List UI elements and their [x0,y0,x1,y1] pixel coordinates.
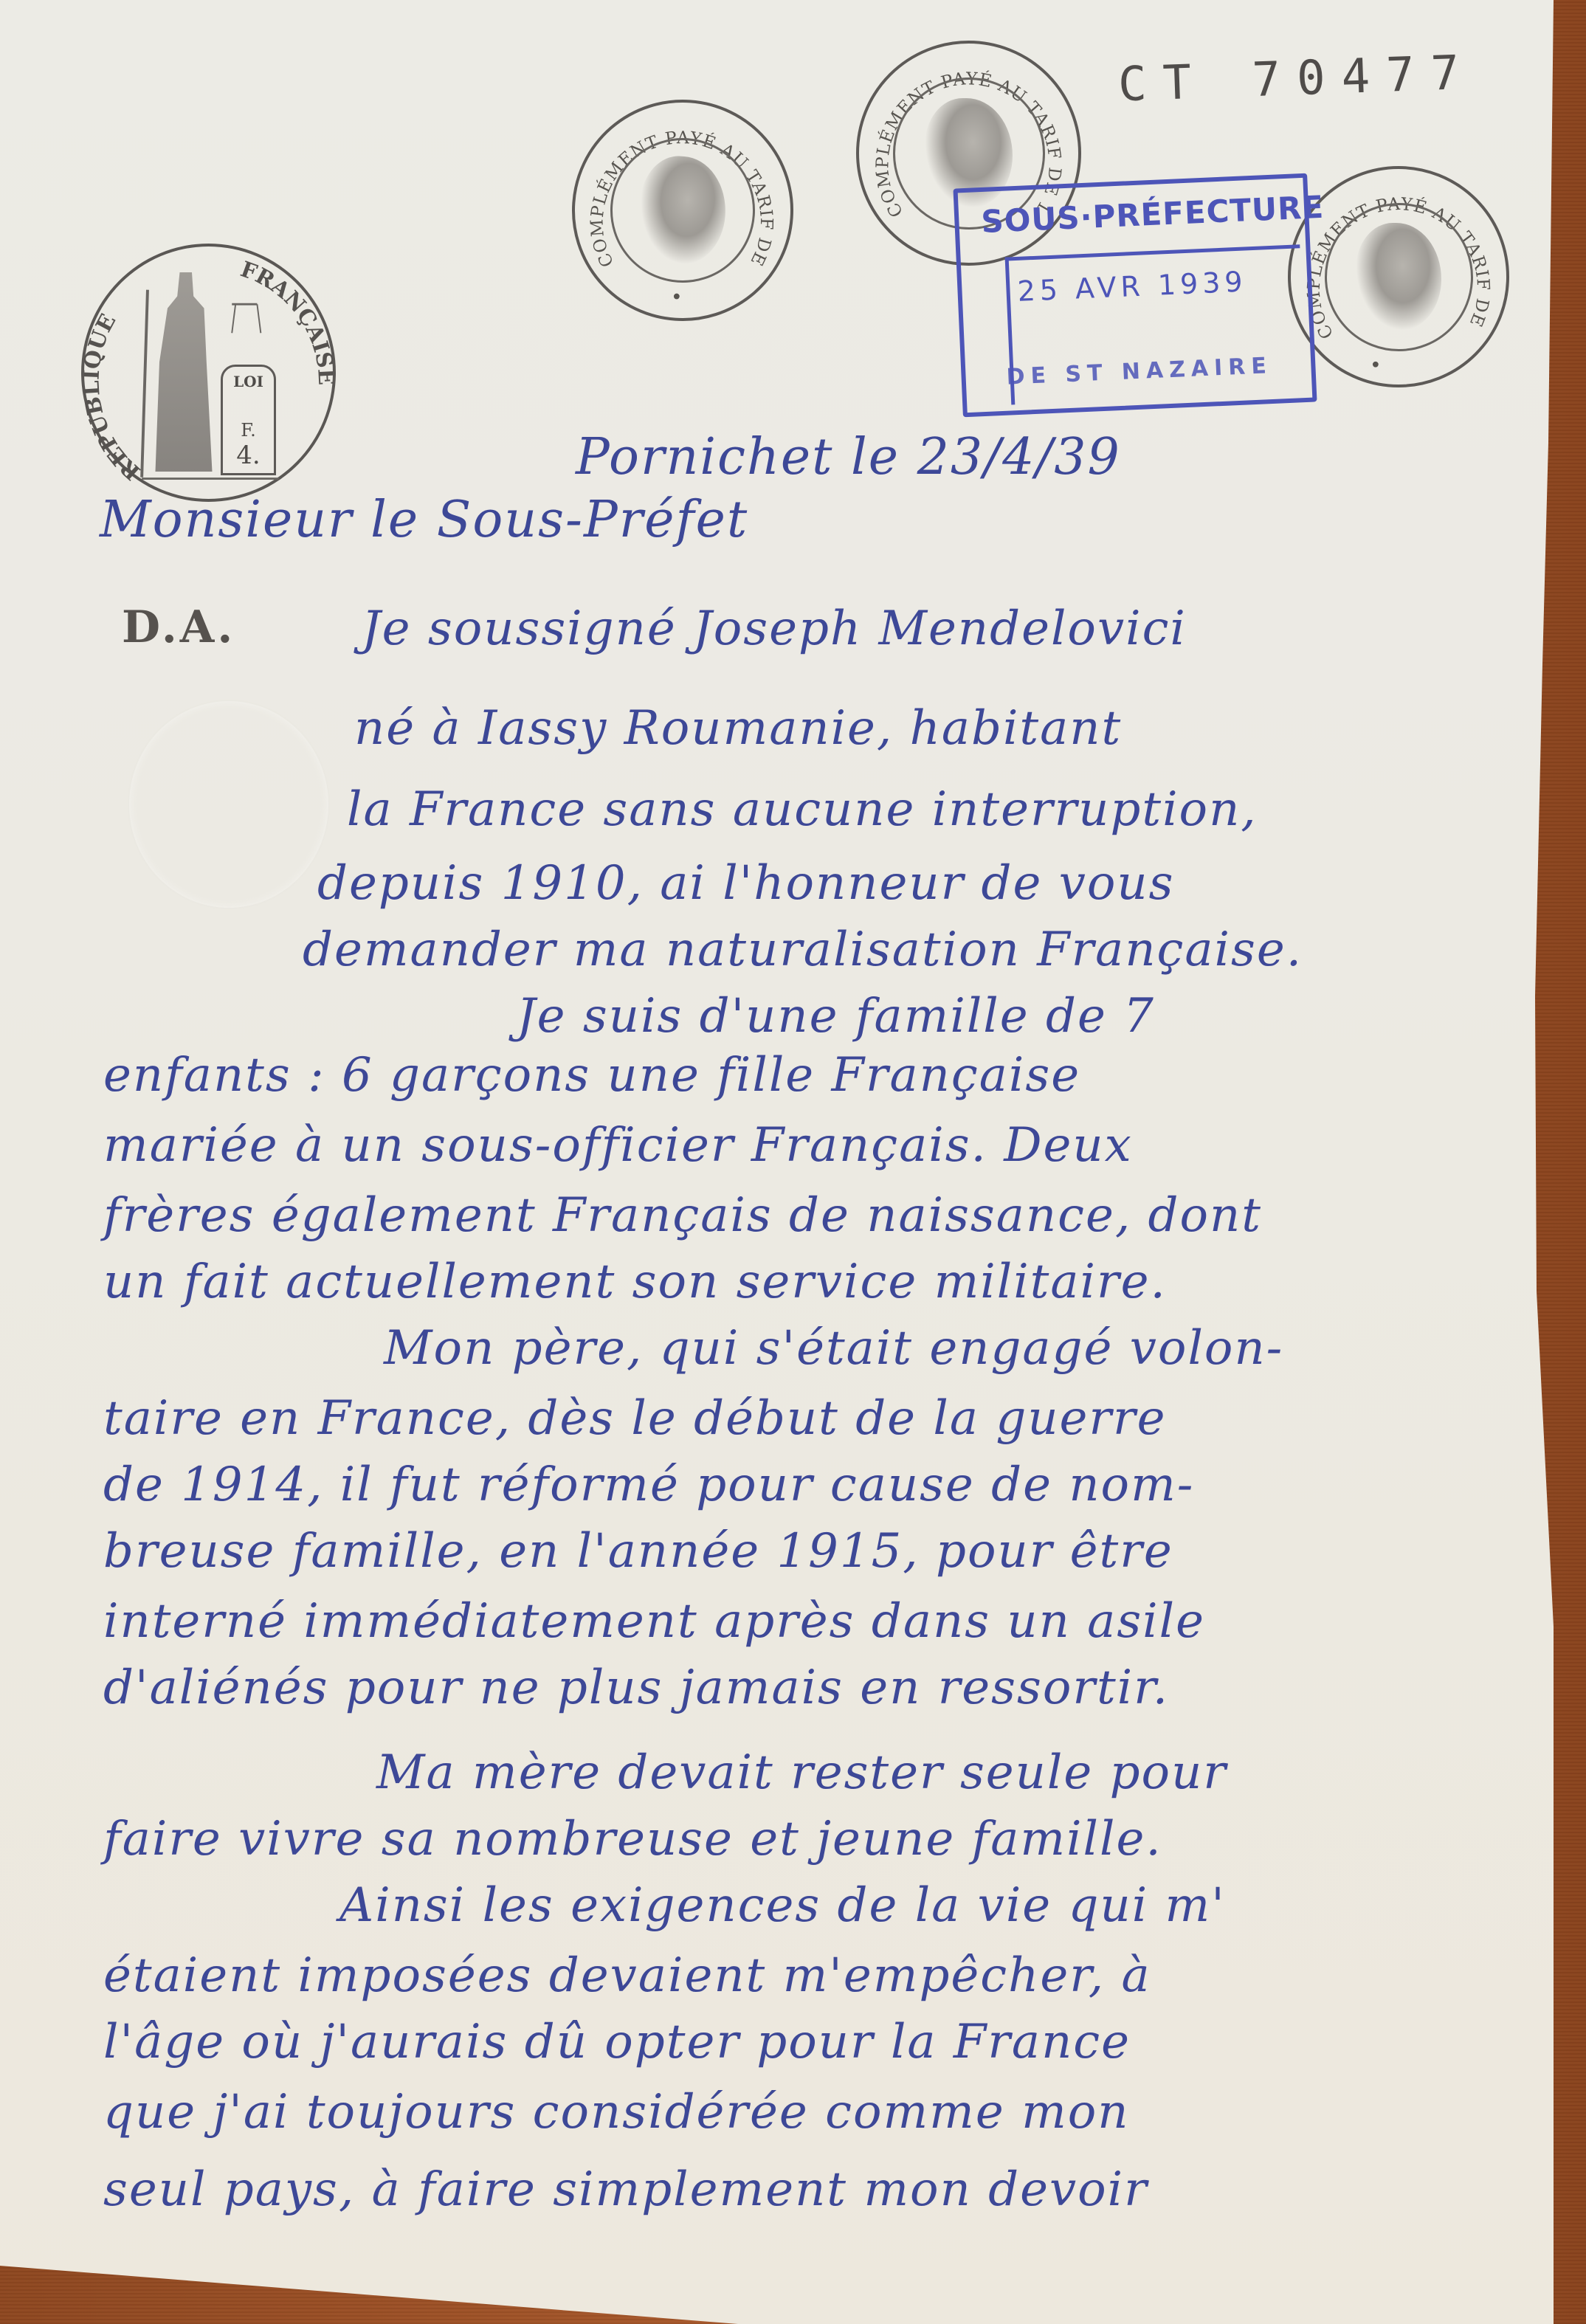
letter-line-3: la France sans aucune interruption, [347,782,1258,837]
letter-line-21: l'âge où j'aurais dû opter pour la Franc… [103,2015,1131,2069]
letter-line-13: de 1914, il fut réformé pour cause de no… [103,1458,1194,1512]
letter-line-16: d'aliénés pour ne plus jamais en ressort… [103,1661,1169,1715]
handwritten-letter: Pornichet le 23/4/39 Monsieur le Sous-Pr… [0,0,1550,2324]
letter-line-22: que j'ai toujours considérée comme mon [103,2085,1130,2139]
letter-line-14: breuse famille, en l'année 1915, pour êt… [103,1524,1173,1579]
salutation: Monsieur le Sous-Préfet [100,491,748,549]
letter-line-11: Mon père, qui s'était engagé volon- [384,1321,1283,1376]
letter-line-23: seul pays, à faire simplement mon devoir [103,2162,1148,2217]
letter-line-18: faire vivre sa nombreuse et jeune famill… [103,1812,1162,1866]
letter-line-15: interné immédiatement après dans un asil… [103,1594,1205,1649]
letter-line-17: Ma mère devait rester seule pour [376,1745,1227,1800]
letter-line-1: Je soussigné Joseph Mendelovici [362,601,1187,656]
letter-line-8: mariée à un sous-officier Français. Deux [103,1118,1133,1173]
letter-line-4: depuis 1910, ai l'honneur de vous [317,856,1174,911]
letter-paper: REPUBLIQUE FRANÇAISE LOI F. 4. D.A. COMP… [0,0,1554,2324]
letter-line-20: étaient imposées devaient m'empêcher, à [103,1948,1151,2003]
place-date: Pornichet le 23/4/39 [576,428,1121,486]
letter-line-19: Ainsi les exigences de la vie qui m' [339,1878,1226,1933]
letter-line-12: taire en France, dès le début de la guer… [103,1391,1166,1446]
letter-line-10: un fait actuellement son service militai… [103,1255,1167,1309]
letter-line-7: enfants : 6 garçons une fille Française [103,1048,1080,1103]
letter-line-9: frères également Français de naissance, … [103,1188,1262,1243]
letter-line-2: né à Iassy Roumanie, habitant [354,701,1122,756]
letter-line-6: Je suis d'une famille de 7 [517,989,1155,1044]
letter-line-5: demander ma naturalisation Française. [303,923,1303,977]
